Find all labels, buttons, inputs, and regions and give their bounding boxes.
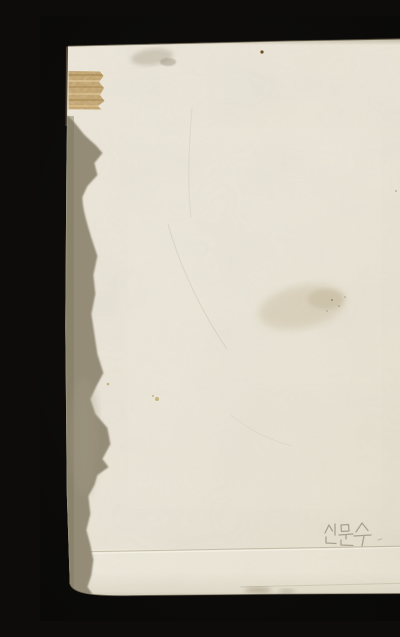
page	[40, 16, 400, 621]
top-edge-shadow	[64, 38, 400, 45]
scan-image	[40, 16, 400, 621]
crease-light-band	[64, 549, 400, 597]
book-scan: 신문수 Blank cream endpaper of an aged book…	[40, 16, 400, 621]
